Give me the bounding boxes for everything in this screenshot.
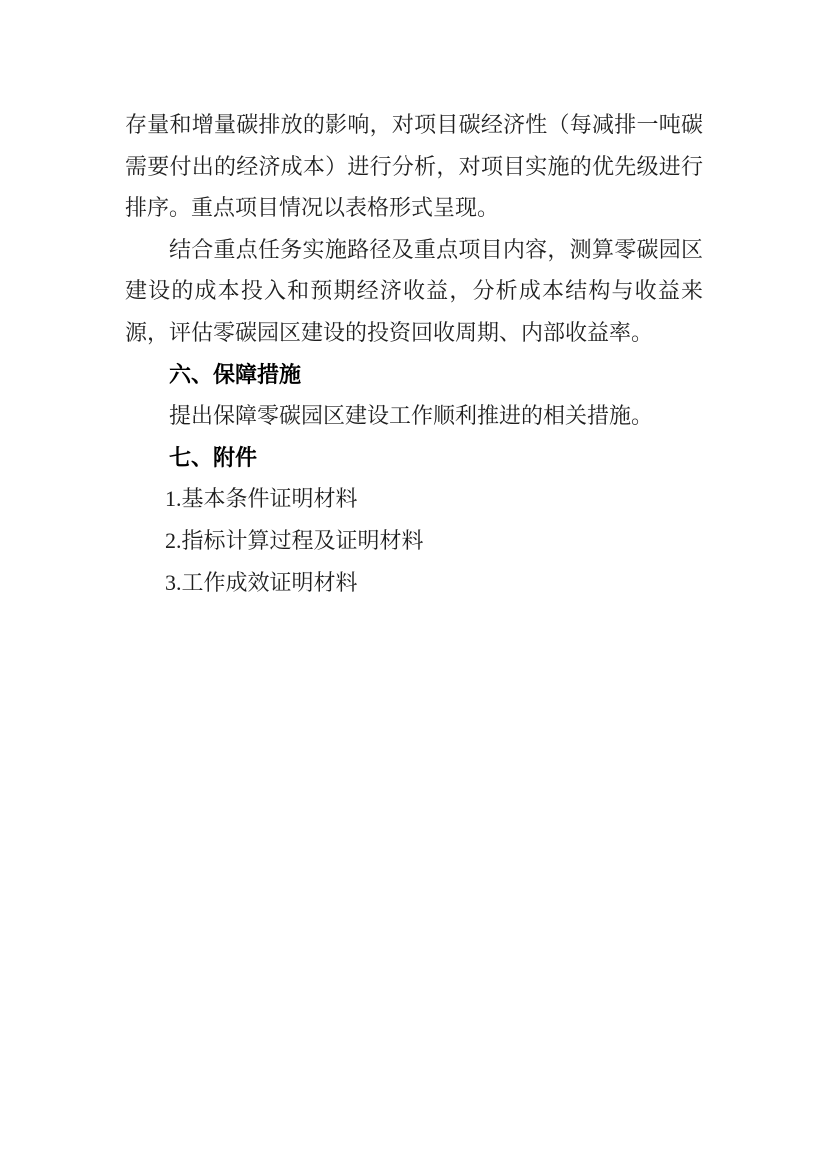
attachment-list-item-2: 2.指标计算过程及证明材料 bbox=[125, 520, 703, 562]
paragraph-carryover: 存量和增量碳排放的影响，对项目碳经济性（每减排一吨碳需要付出的经济成本）进行分析… bbox=[125, 104, 703, 229]
document-page: 存量和增量碳排放的影响，对项目碳经济性（每减排一吨碳需要付出的经济成本）进行分析… bbox=[0, 0, 827, 1170]
paragraph-cost-benefit: 结合重点任务实施路径及重点项目内容，测算零碳园区建设的成本投入和预期经济收益，分… bbox=[125, 229, 703, 354]
attachment-list-item-1: 1.基本条件证明材料 bbox=[125, 478, 703, 520]
document-body: 存量和增量碳排放的影响，对项目碳经济性（每减排一吨碳需要付出的经济成本）进行分析… bbox=[125, 104, 703, 603]
attachment-list-item-3: 3.工作成效证明材料 bbox=[125, 562, 703, 604]
section-heading-7-attachments: 七、附件 bbox=[125, 437, 703, 479]
paragraph-safeguard-measures: 提出保障零碳园区建设工作顺利推进的相关措施。 bbox=[125, 395, 703, 437]
section-heading-6-safeguard-measures: 六、保障措施 bbox=[125, 354, 703, 396]
